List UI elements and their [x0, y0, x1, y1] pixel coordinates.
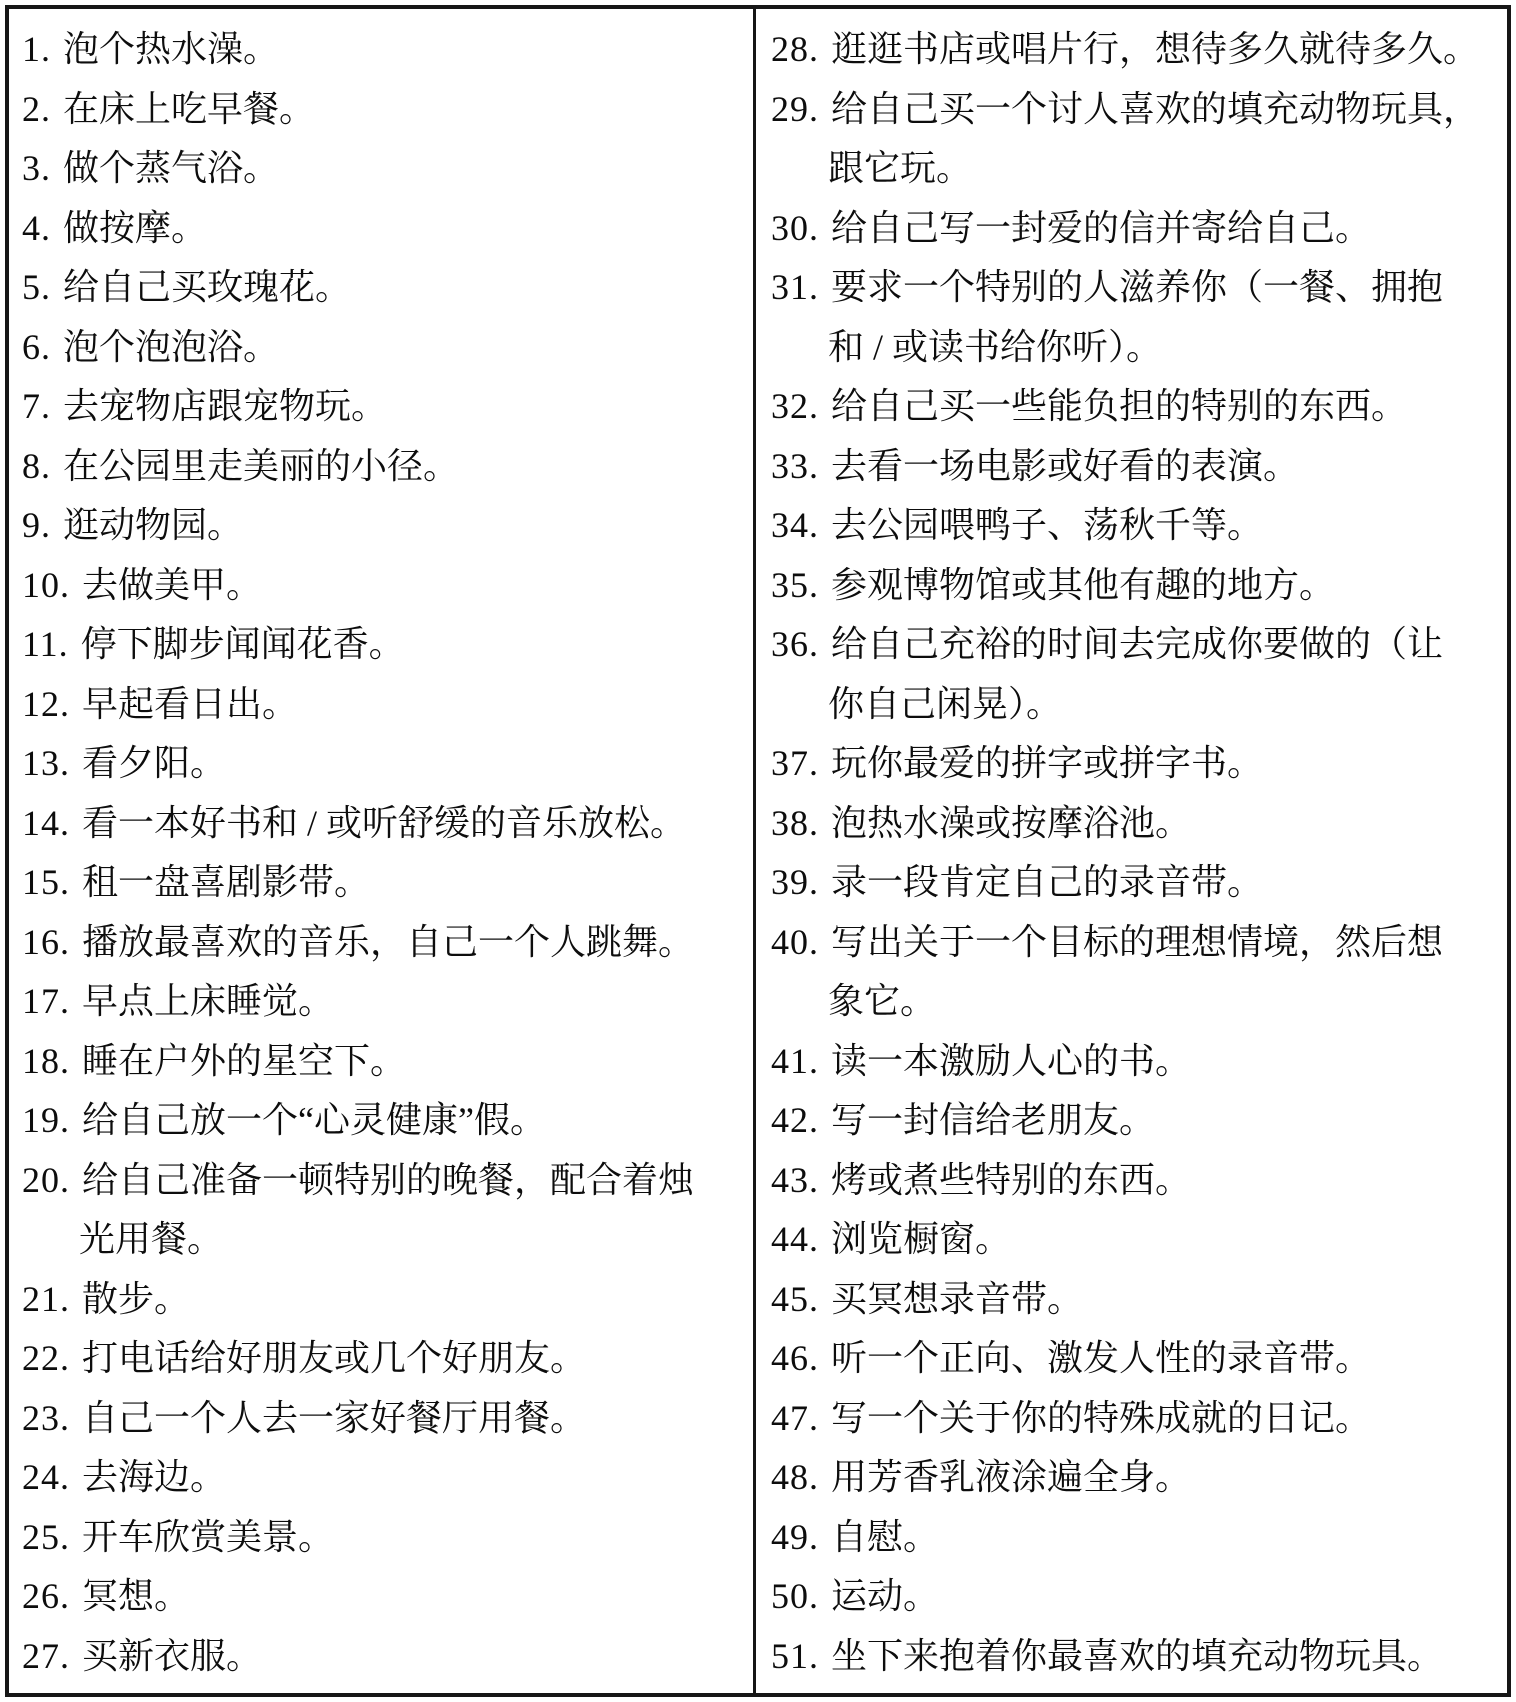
list-item-30: 30.给自己写一封爱的信并寄给自己。 — [771, 199, 1501, 259]
list-item-8: 8.在公园里走美丽的小径。 — [22, 437, 747, 497]
item-text: 玩你最爱的拼字或拼字书。 — [831, 743, 1263, 783]
item-number: 4. — [22, 208, 51, 248]
item-text: 写一个关于你的特殊成就的日记。 — [831, 1398, 1371, 1438]
list-item-33: 33.去看一场电影或好看的表演。 — [771, 437, 1501, 497]
item-text: 坐下来抱着你最喜欢的填充动物玩具。 — [831, 1636, 1443, 1676]
list-item-31: 31.要求一个特别的人滋养你（一餐、拥抱和 / 或读书给你听）。 — [771, 258, 1501, 377]
item-text: 给自己买一些能负担的特别的东西。 — [831, 386, 1407, 426]
list-item-50: 50.运动。 — [771, 1567, 1501, 1627]
list-item-48: 48.用芳香乳液涂遍全身。 — [771, 1448, 1501, 1508]
item-number: 13. — [22, 743, 70, 783]
item-text: 自己一个人去一家好餐厅用餐。 — [82, 1398, 586, 1438]
right-column: 28.逛逛书店或唱片行，想待多久就待多久。29.给自己买一个讨人喜欢的填充动物玩… — [756, 9, 1507, 1693]
item-text: 听一个正向、激发人性的录音带。 — [831, 1338, 1371, 1378]
item-number: 27. — [22, 1636, 70, 1676]
item-text: 播放最喜欢的音乐，自己一个人跳舞。 — [82, 922, 694, 962]
item-text: 在公园里走美丽的小径。 — [63, 446, 459, 486]
item-number: 21. — [22, 1279, 70, 1319]
item-number: 24. — [22, 1457, 70, 1497]
item-number: 51. — [771, 1636, 819, 1676]
item-number: 50. — [771, 1576, 819, 1616]
item-number: 26. — [22, 1576, 70, 1616]
item-text: 做按摩。 — [63, 208, 207, 248]
list-item-26: 26.冥想。 — [22, 1567, 747, 1627]
item-number: 44. — [771, 1219, 819, 1259]
list-item-49: 49.自慰。 — [771, 1508, 1501, 1568]
item-number: 34. — [771, 505, 819, 545]
item-number: 31. — [771, 267, 819, 307]
item-text: 给自己买一个讨人喜欢的填充动物玩具，跟它玩。 — [828, 89, 1479, 189]
list-item-27: 27.买新衣服。 — [22, 1627, 747, 1687]
item-text: 运动。 — [831, 1576, 939, 1616]
item-text: 泡个热水澡。 — [63, 29, 279, 69]
item-text: 去公园喂鸭子、荡秋千等。 — [831, 505, 1263, 545]
list-item-21: 21.散步。 — [22, 1270, 747, 1330]
item-text: 给自己放一个“心灵健康”假。 — [82, 1100, 546, 1140]
list-item-2: 2.在床上吃早餐。 — [22, 80, 747, 140]
list-item-37: 37.玩你最爱的拼字或拼字书。 — [771, 734, 1501, 794]
item-number: 49. — [771, 1517, 819, 1557]
list-item-9: 9.逛动物园。 — [22, 496, 747, 556]
item-number: 8. — [22, 446, 51, 486]
item-text: 去宠物店跟宠物玩。 — [63, 386, 387, 426]
item-number: 7. — [22, 386, 51, 426]
item-number: 32. — [771, 386, 819, 426]
item-text: 给自己买玫瑰花。 — [63, 267, 351, 307]
list-item-36: 36.给自己充裕的时间去完成你要做的（让你自己闲晃）。 — [771, 615, 1501, 734]
item-text: 录一段肯定自己的录音带。 — [831, 862, 1263, 902]
item-text: 逛动物园。 — [63, 505, 243, 545]
item-number: 48. — [771, 1457, 819, 1497]
item-number: 12. — [22, 684, 70, 724]
item-number: 20. — [22, 1160, 70, 1200]
item-number: 47. — [771, 1398, 819, 1438]
item-number: 38. — [771, 803, 819, 843]
item-number: 39. — [771, 862, 819, 902]
list-item-24: 24.去海边。 — [22, 1448, 747, 1508]
list-item-46: 46.听一个正向、激发人性的录音带。 — [771, 1329, 1501, 1389]
item-number: 36. — [771, 624, 819, 664]
item-text: 停下脚步闻闻花香。 — [81, 624, 405, 664]
list-item-14: 14.看一本好书和 / 或听舒缓的音乐放松。 — [22, 794, 747, 854]
item-text: 泡热水澡或按摩浴池。 — [831, 803, 1191, 843]
item-text: 睡在户外的星空下。 — [82, 1041, 406, 1081]
list-item-51: 51.坐下来抱着你最喜欢的填充动物玩具。 — [771, 1627, 1501, 1687]
list-item-10: 10.去做美甲。 — [22, 556, 747, 616]
item-number: 19. — [22, 1100, 70, 1140]
item-text: 租一盘喜剧影带。 — [82, 862, 370, 902]
item-text: 给自己准备一顿特别的晚餐，配合着烛光用餐。 — [79, 1160, 694, 1260]
list-item-32: 32.给自己买一些能负担的特别的东西。 — [771, 377, 1501, 437]
item-number: 35. — [771, 565, 819, 605]
list-item-4: 4.做按摩。 — [22, 199, 747, 259]
item-text: 自慰。 — [831, 1517, 939, 1557]
list-item-23: 23.自己一个人去一家好餐厅用餐。 — [22, 1389, 747, 1449]
item-number: 3. — [22, 148, 51, 188]
item-number: 46. — [771, 1338, 819, 1378]
item-number: 41. — [771, 1041, 819, 1081]
item-text: 写一封信给老朋友。 — [831, 1100, 1155, 1140]
item-number: 6. — [22, 327, 51, 367]
list-item-15: 15.租一盘喜剧影带。 — [22, 853, 747, 913]
item-number: 23. — [22, 1398, 70, 1438]
item-text: 泡个泡泡浴。 — [63, 327, 279, 367]
item-text: 冥想。 — [82, 1576, 190, 1616]
item-text: 用芳香乳液涂遍全身。 — [831, 1457, 1191, 1497]
list-item-18: 18.睡在户外的星空下。 — [22, 1032, 747, 1092]
item-text: 烤或煮些特别的东西。 — [831, 1160, 1191, 1200]
item-text: 开车欣赏美景。 — [82, 1517, 334, 1557]
item-number: 5. — [22, 267, 51, 307]
item-text: 做个蒸气浴。 — [63, 148, 279, 188]
list-item-13: 13.看夕阳。 — [22, 734, 747, 794]
item-text: 读一本激励人心的书。 — [831, 1041, 1191, 1081]
list-item-16: 16.播放最喜欢的音乐，自己一个人跳舞。 — [22, 913, 747, 973]
item-number: 9. — [22, 505, 51, 545]
item-number: 28. — [771, 29, 819, 69]
item-number: 42. — [771, 1100, 819, 1140]
list-item-34: 34.去公园喂鸭子、荡秋千等。 — [771, 496, 1501, 556]
item-text: 看夕阳。 — [82, 743, 226, 783]
list-item-29: 29.给自己买一个讨人喜欢的填充动物玩具，跟它玩。 — [771, 80, 1501, 199]
item-number: 16. — [22, 922, 70, 962]
item-number: 1. — [22, 29, 51, 69]
list-item-7: 7.去宠物店跟宠物玩。 — [22, 377, 747, 437]
list-item-6: 6.泡个泡泡浴。 — [22, 318, 747, 378]
list-item-38: 38.泡热水澡或按摩浴池。 — [771, 794, 1501, 854]
list-item-12: 12.早起看日出。 — [22, 675, 747, 735]
item-number: 40. — [771, 922, 819, 962]
list-item-35: 35.参观博物馆或其他有趣的地方。 — [771, 556, 1501, 616]
item-text: 看一本好书和 / 或听舒缓的音乐放松。 — [82, 803, 686, 843]
list-item-3: 3.做个蒸气浴。 — [22, 139, 747, 199]
page: 1.泡个热水澡。2.在床上吃早餐。3.做个蒸气浴。4.做按摩。5.给自己买玫瑰花… — [0, 0, 1516, 1702]
item-text: 散步。 — [82, 1279, 190, 1319]
list-item-20: 20.给自己准备一顿特别的晚餐，配合着烛光用餐。 — [22, 1151, 747, 1270]
list-item-39: 39.录一段肯定自己的录音带。 — [771, 853, 1501, 913]
item-number: 30. — [771, 208, 819, 248]
list-item-43: 43.烤或煮些特别的东西。 — [771, 1151, 1501, 1211]
list-item-40: 40.写出关于一个目标的理想情境，然后想象它。 — [771, 913, 1501, 1032]
item-number: 43. — [771, 1160, 819, 1200]
item-text: 早起看日出。 — [82, 684, 298, 724]
list-item-19: 19.给自己放一个“心灵健康”假。 — [22, 1091, 747, 1151]
item-number: 33. — [771, 446, 819, 486]
item-number: 29. — [771, 89, 819, 129]
item-text: 早点上床睡觉。 — [82, 981, 334, 1021]
item-number: 17. — [22, 981, 70, 1021]
item-number: 22. — [22, 1338, 70, 1378]
item-text: 在床上吃早餐。 — [63, 89, 315, 129]
item-text: 去海边。 — [82, 1457, 226, 1497]
left-column: 1.泡个热水澡。2.在床上吃早餐。3.做个蒸气浴。4.做按摩。5.给自己买玫瑰花… — [9, 9, 756, 1693]
item-text: 逛逛书店或唱片行，想待多久就待多久。 — [831, 29, 1479, 69]
list-item-1: 1.泡个热水澡。 — [22, 20, 747, 80]
item-number: 15. — [22, 862, 70, 902]
item-text: 要求一个特别的人滋养你（一餐、拥抱和 / 或读书给你听）。 — [828, 267, 1443, 367]
list-item-41: 41.读一本激励人心的书。 — [771, 1032, 1501, 1092]
item-number: 14. — [22, 803, 70, 843]
item-text: 参观博物馆或其他有趣的地方。 — [831, 565, 1335, 605]
item-text: 买新衣服。 — [82, 1636, 262, 1676]
item-text: 给自己写一封爱的信并寄给自己。 — [831, 208, 1371, 248]
item-number: 37. — [771, 743, 819, 783]
item-number: 25. — [22, 1517, 70, 1557]
item-number: 2. — [22, 89, 51, 129]
item-number: 45. — [771, 1279, 819, 1319]
item-text: 买冥想录音带。 — [831, 1279, 1083, 1319]
item-text: 打电话给好朋友或几个好朋友。 — [82, 1338, 586, 1378]
list-item-11: 11.停下脚步闻闻花香。 — [22, 615, 747, 675]
item-text: 写出关于一个目标的理想情境，然后想象它。 — [828, 922, 1443, 1022]
list-item-25: 25.开车欣赏美景。 — [22, 1508, 747, 1568]
list-item-17: 17.早点上床睡觉。 — [22, 972, 747, 1032]
item-text: 给自己充裕的时间去完成你要做的（让你自己闲晃）。 — [828, 624, 1443, 724]
list-item-47: 47.写一个关于你的特殊成就的日记。 — [771, 1389, 1501, 1449]
list-item-28: 28.逛逛书店或唱片行，想待多久就待多久。 — [771, 20, 1501, 80]
list-item-44: 44.浏览橱窗。 — [771, 1210, 1501, 1270]
item-text: 浏览橱窗。 — [831, 1219, 1011, 1259]
item-text: 去看一场电影或好看的表演。 — [831, 446, 1299, 486]
list-item-5: 5.给自己买玫瑰花。 — [22, 258, 747, 318]
item-number: 18. — [22, 1041, 70, 1081]
list-item-45: 45.买冥想录音带。 — [771, 1270, 1501, 1330]
list-item-42: 42.写一封信给老朋友。 — [771, 1091, 1501, 1151]
list-item-22: 22.打电话给好朋友或几个好朋友。 — [22, 1329, 747, 1389]
item-text: 去做美甲。 — [82, 565, 262, 605]
list-table: 1.泡个热水澡。2.在床上吃早餐。3.做个蒸气浴。4.做按摩。5.给自己买玫瑰花… — [5, 5, 1511, 1697]
item-number: 10. — [22, 565, 70, 605]
item-number: 11. — [22, 624, 69, 664]
